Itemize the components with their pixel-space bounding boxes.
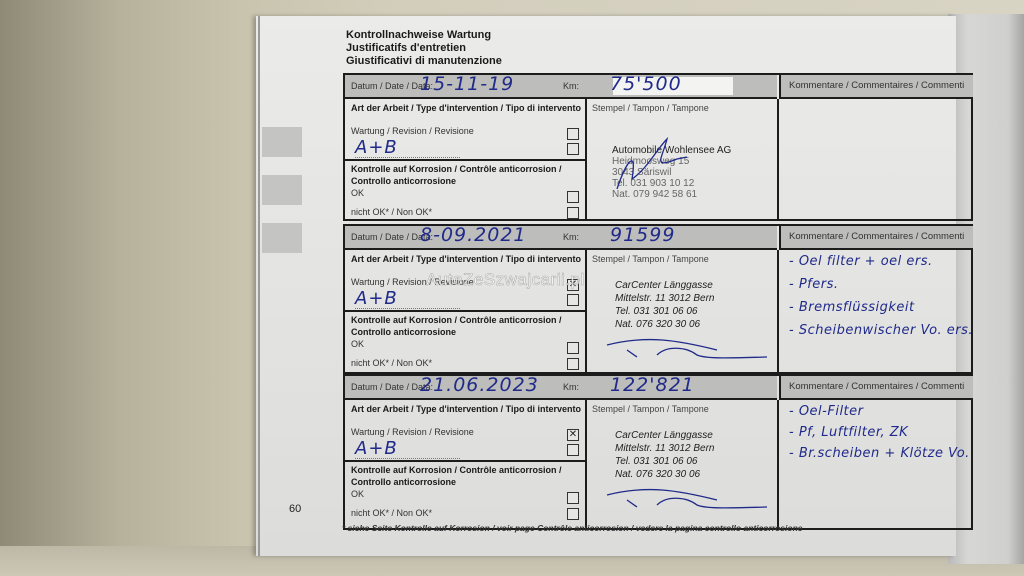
stamp-label: Stempel / Tampon / Tampone <box>592 254 709 264</box>
corrosion-not-ok-checkbox[interactable] <box>567 508 579 520</box>
comments-section <box>779 99 971 219</box>
comment-line: - Br.scheiben + Klötze Vo. <box>789 446 970 461</box>
odometer-km: 91599 <box>610 224 675 246</box>
dotted-line <box>355 157 460 158</box>
work-type-section: Art der Arbeit / Type d'intervention / T… <box>345 400 587 528</box>
service-type-value: A+B <box>355 288 398 309</box>
stamp-section: Stempel / Tampon / TamponeAutomobile Woh… <box>587 99 779 219</box>
not-ok-label: nicht OK* / Non OK* <box>351 508 432 518</box>
work-type-label: Art der Arbeit / Type d'intervention / T… <box>351 103 581 113</box>
service-type-value: A+B <box>355 438 398 459</box>
work-type-label: Art der Arbeit / Type d'intervention / T… <box>351 254 581 264</box>
comment-line: - Oel-Filter <box>789 404 864 419</box>
stamp-label: Stempel / Tampon / Tampone <box>592 404 709 414</box>
comment-line: - Oel filter + oel ers. <box>789 254 933 269</box>
comments-label: Kommentare / Commentaires / Commenti <box>789 231 964 242</box>
corrosion-label-2: Controllo anticorrosione <box>351 176 456 186</box>
work-type-section: Art der Arbeit / Type d'intervention / T… <box>345 99 587 219</box>
work-type-section: Art der Arbeit / Type d'intervention / T… <box>345 250 587 372</box>
comments-section: - Oel filter + oel ers.- Pfers.- Bremsfl… <box>779 250 971 372</box>
service-entry: Datum / Date / Data:Km:15-11-1975'500Kom… <box>343 73 973 221</box>
odometer-km: 75'500 <box>610 73 682 95</box>
service-date: 8-09.2021 <box>420 224 527 246</box>
service-checkbox[interactable] <box>567 128 579 140</box>
corrosion-ok-checkbox[interactable] <box>567 191 579 203</box>
comments-label: Kommentare / Commentaires / Commenti <box>789 381 964 392</box>
comment-line: - Scheibenwischer Vo. ers. <box>789 323 973 338</box>
footnote: * siehe Seite Kontrolle auf Korrosion / … <box>342 523 803 533</box>
corrosion-label: Kontrolle auf Korrosion / Contrôle antic… <box>351 164 562 174</box>
service-checkbox[interactable]: ✕ <box>567 429 579 441</box>
stamp-line: CarCenter Länggasse <box>615 430 713 442</box>
stamp-line: Nat. 079 942 58 61 <box>612 189 697 200</box>
service-label: Wartung / Revision / Revisione <box>351 427 474 437</box>
title-de: Kontrollnachweise Wartung <box>346 29 502 42</box>
comments-label: Kommentare / Commentaires / Commenti <box>789 80 964 91</box>
margin-tab-mark <box>262 223 302 253</box>
dotted-line <box>355 458 460 459</box>
not-ok-label: nicht OK* / Non OK* <box>351 207 432 217</box>
stamp-line: Tel. 031 301 06 06 <box>615 306 697 318</box>
section-divider <box>345 460 585 462</box>
page-title: Kontrollnachweise Wartung Justificatifs … <box>346 29 502 68</box>
service-date: 21.06.2023 <box>420 374 539 396</box>
corrosion-ok-checkbox[interactable] <box>567 492 579 504</box>
margin-tab-mark <box>262 127 302 157</box>
odometer-km: 122'821 <box>610 374 695 396</box>
stamp-label: Stempel / Tampon / Tampone <box>592 103 709 113</box>
km-label: Km: <box>563 81 579 91</box>
entry-header: Datum / Date / Data:Km:8-09.202191599 <box>345 226 777 250</box>
comments-section: - Oel-Filter- Pf, Luftfilter, ZK- Br.sch… <box>779 400 971 528</box>
signature <box>597 129 777 189</box>
service-date: 15-11-19 <box>420 73 514 95</box>
entry-header: Datum / Date / Data:Km:21.06.2023122'821 <box>345 376 777 400</box>
stamp-line: Mittelstr. 11 3012 Bern <box>615 293 715 305</box>
corrosion-not-ok-checkbox[interactable] <box>567 207 579 219</box>
comments-header: Kommentare / Commentaires / Commenti <box>779 75 973 99</box>
stamp-line: Mittelstr. 11 3012 Bern <box>615 443 715 455</box>
margin-tab-mark <box>262 175 302 205</box>
entry-header: Datum / Date / Data:Km:15-11-1975'500 <box>345 75 777 99</box>
section-divider <box>345 159 585 161</box>
km-label: Km: <box>563 232 579 242</box>
service-checkbox-2[interactable] <box>567 143 579 155</box>
section-divider <box>345 310 585 312</box>
service-label: Wartung / Revision / Revisione <box>351 126 474 136</box>
stamp-line: CarCenter Länggasse <box>615 280 713 292</box>
service-checkbox-2[interactable] <box>567 294 579 306</box>
stamp-section: Stempel / Tampon / TamponeCarCenter Läng… <box>587 400 779 528</box>
km-label: Km: <box>563 382 579 392</box>
corrosion-label: Kontrolle auf Korrosion / Contrôle antic… <box>351 315 562 325</box>
service-entry: Datum / Date / Data:Km:8-09.202191599Kom… <box>343 224 973 374</box>
watermark: AutoZeSzwajcarii.pl <box>426 270 585 290</box>
corrosion-label-2: Controllo anticorrosione <box>351 327 456 337</box>
ok-label: OK <box>351 339 364 349</box>
service-entry: Datum / Date / Data:Km:21.06.2023122'821… <box>343 374 973 530</box>
title-fr: Justificatifs d'entretien <box>346 42 502 55</box>
work-type-label: Art der Arbeit / Type d'intervention / T… <box>351 404 581 414</box>
comments-header: Kommentare / Commentaires / Commenti <box>779 226 973 250</box>
page-number: 60 <box>289 503 301 515</box>
service-checkbox-2[interactable] <box>567 444 579 456</box>
comment-line: - Pf, Luftfilter, ZK <box>789 425 908 440</box>
title-it: Giustificativi di manutenzione <box>346 55 502 68</box>
service-type-value: A+B <box>355 137 398 158</box>
page-binding-edge <box>258 16 260 556</box>
corrosion-ok-checkbox[interactable] <box>567 342 579 354</box>
ok-label: OK <box>351 489 364 499</box>
corrosion-not-ok-checkbox[interactable] <box>567 358 579 370</box>
not-ok-label: nicht OK* / Non OK* <box>351 358 432 368</box>
comment-line: - Pfers. <box>789 277 839 292</box>
comment-line: - Bremsflüssigkeit <box>789 300 915 315</box>
dotted-line <box>355 308 460 309</box>
comments-header: Kommentare / Commentaires / Commenti <box>779 376 973 400</box>
corrosion-label: Kontrolle auf Korrosion / Contrôle antic… <box>351 465 562 475</box>
stamp-line: Tel. 031 301 06 06 <box>615 456 697 468</box>
corrosion-label-2: Controllo anticorrosione <box>351 477 456 487</box>
stamp-section: Stempel / Tampon / TamponeCarCenter Läng… <box>587 250 779 372</box>
ok-label: OK <box>351 188 364 198</box>
